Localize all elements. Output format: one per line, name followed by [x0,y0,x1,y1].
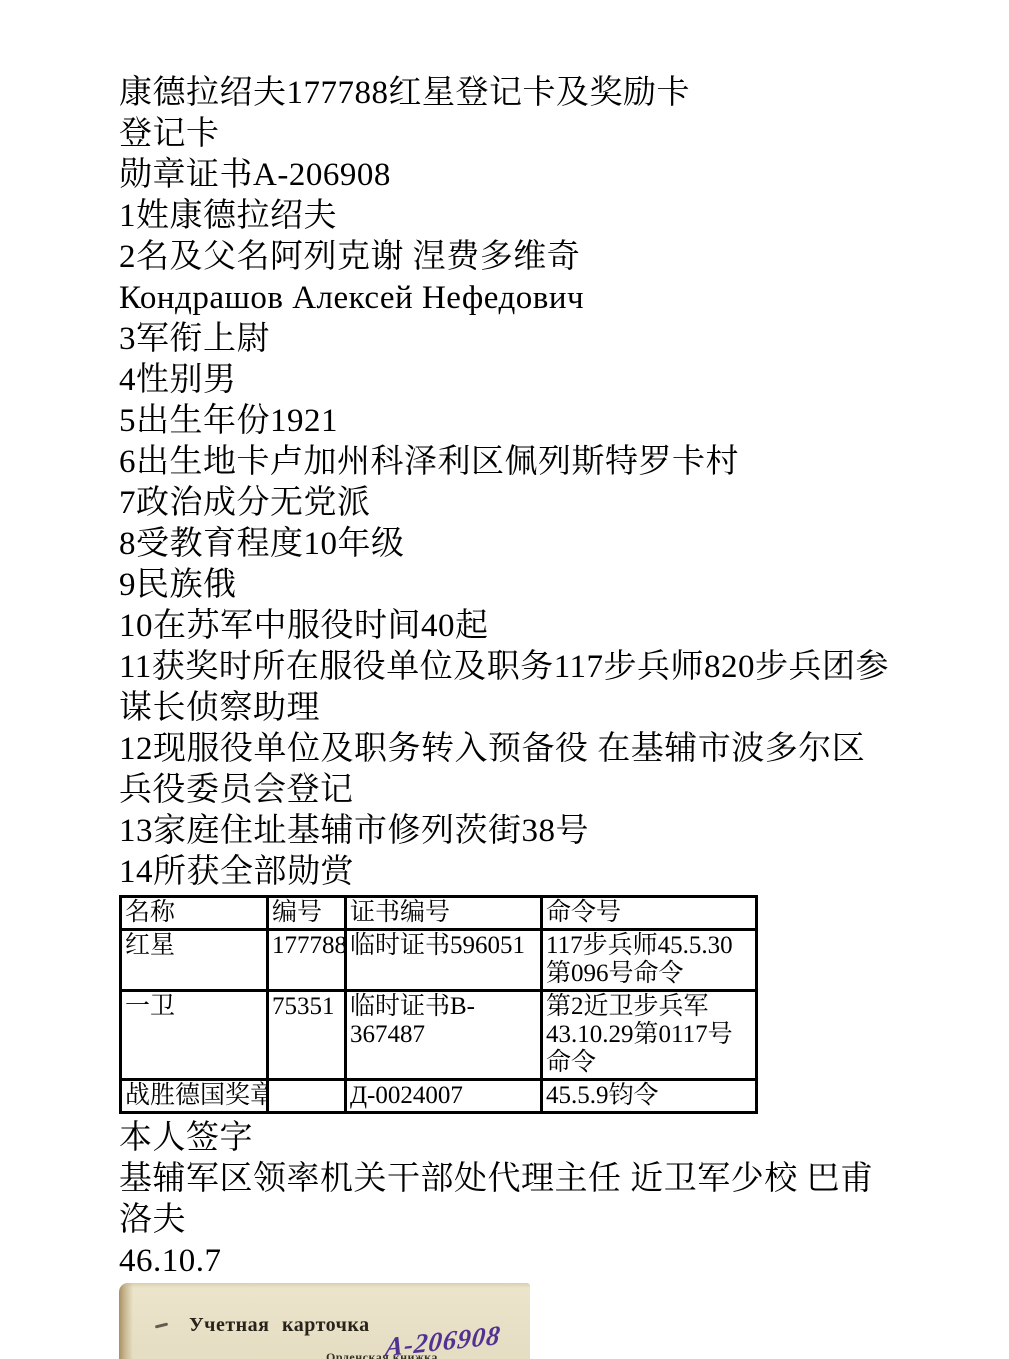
date-line: 46.10.7 [119,1241,955,1282]
cell-award-name: 红星 [121,930,268,991]
text-line: 4性别男 [119,360,955,401]
photo-left-edge [119,1283,133,1359]
cell-order: 117步兵师45.5.30第096号命令 [542,930,757,991]
cell-certificate: 临时证书596051 [346,930,542,991]
table-row: 战胜德国奖章 Д-0024007 45.5.9钧令 [121,1080,757,1113]
text-line: 10在苏军中服役时间40起 [119,606,955,647]
cell-award-number: 177788 [268,930,346,991]
text-line: 兵役委员会登记 [119,770,955,811]
text-line: 勋章证书A-206908 [119,155,955,196]
text-line: 9民族俄 [119,565,955,606]
document-page: 康德拉绍夫177788红星登记卡及奖励卡 登记卡 勋章证书A-206908 1姓… [119,73,955,1359]
cell-certificate: 临时证书B-367487 [346,991,542,1080]
text-line-russian-name: Кондрашов Алексей Нефедович [119,278,955,319]
header-cell-number: 编号 [268,897,346,930]
text-line: 6出生地卡卢加州科泽利区佩列斯特罗卡村 [119,442,955,483]
header-cell-name: 名称 [121,897,268,930]
signature-line: 本人签字 [119,1118,955,1159]
photo-top-edge [119,1283,530,1288]
awards-table: 名称 编号 证书编号 命令号 红星 177788 临时证书596051 117步… [119,895,758,1114]
footer-text: 本人签字 基辅军区领率机关干部处代理主任 近卫军少校 巴甫 洛夫 46.10.7 [119,1118,955,1282]
cell-order: 45.5.9钧令 [542,1080,757,1113]
text-line: 3军衔上尉 [119,319,955,360]
text-line: 11获奖时所在服役单位及职务117步兵师820步兵团参 [119,647,955,688]
ink-speck [155,1322,168,1328]
text-line: 谋长侦察助理 [119,688,955,729]
table-row: 红星 177788 临时证书596051 117步兵师45.5.30第096号命… [121,930,757,991]
table-row: 一卫 75351 临时证书B-367487 第2近卫步兵军43.10.29第01… [121,991,757,1080]
header-cell-order: 命令号 [542,897,757,930]
cell-award-number: 75351 [268,991,346,1080]
text-line: 13家庭住址基辅市修列茨街38号 [119,811,955,852]
cell-certificate: Д-0024007 [346,1080,542,1113]
awards-table-header-row: 名称 编号 证书编号 命令号 [121,897,757,930]
cell-award-name: 一卫 [121,991,268,1080]
official-title-line: 基辅军区领率机关干部处代理主任 近卫军少校 巴甫 [119,1159,955,1200]
text-line: 登记卡 [119,114,955,155]
official-title-line: 洛夫 [119,1200,955,1241]
title-line: 康德拉绍夫177788红星登记卡及奖励卡 [119,73,955,114]
scanned-card-photo: Учетная карточка Орденская книжка А-2069… [119,1283,530,1359]
cell-award-number [268,1080,346,1113]
cell-order: 第2近卫步兵军43.10.29第0117号命令 [542,991,757,1080]
text-line: 1姓康德拉绍夫 [119,196,955,237]
handwritten-number: А-206908 [384,1320,503,1359]
photo-title: Учетная карточка [189,1314,370,1337]
text-line: 2名及父名阿列克谢 涅费多维奇 [119,237,955,278]
text-line: 5出生年份1921 [119,401,955,442]
text-line: 8受教育程度10年级 [119,524,955,565]
header-cell-certificate: 证书编号 [346,897,542,930]
text-line: 12现服役单位及职务转入预备役 在基辅市波多尔区 [119,729,955,770]
page-root: { "page": { "background": "#ffffff", "te… [0,0,1009,1359]
text-line: 14所获全部勋赏 [119,852,955,893]
text-line: 7政治成分无党派 [119,483,955,524]
cell-award-name: 战胜德国奖章 [121,1080,268,1113]
